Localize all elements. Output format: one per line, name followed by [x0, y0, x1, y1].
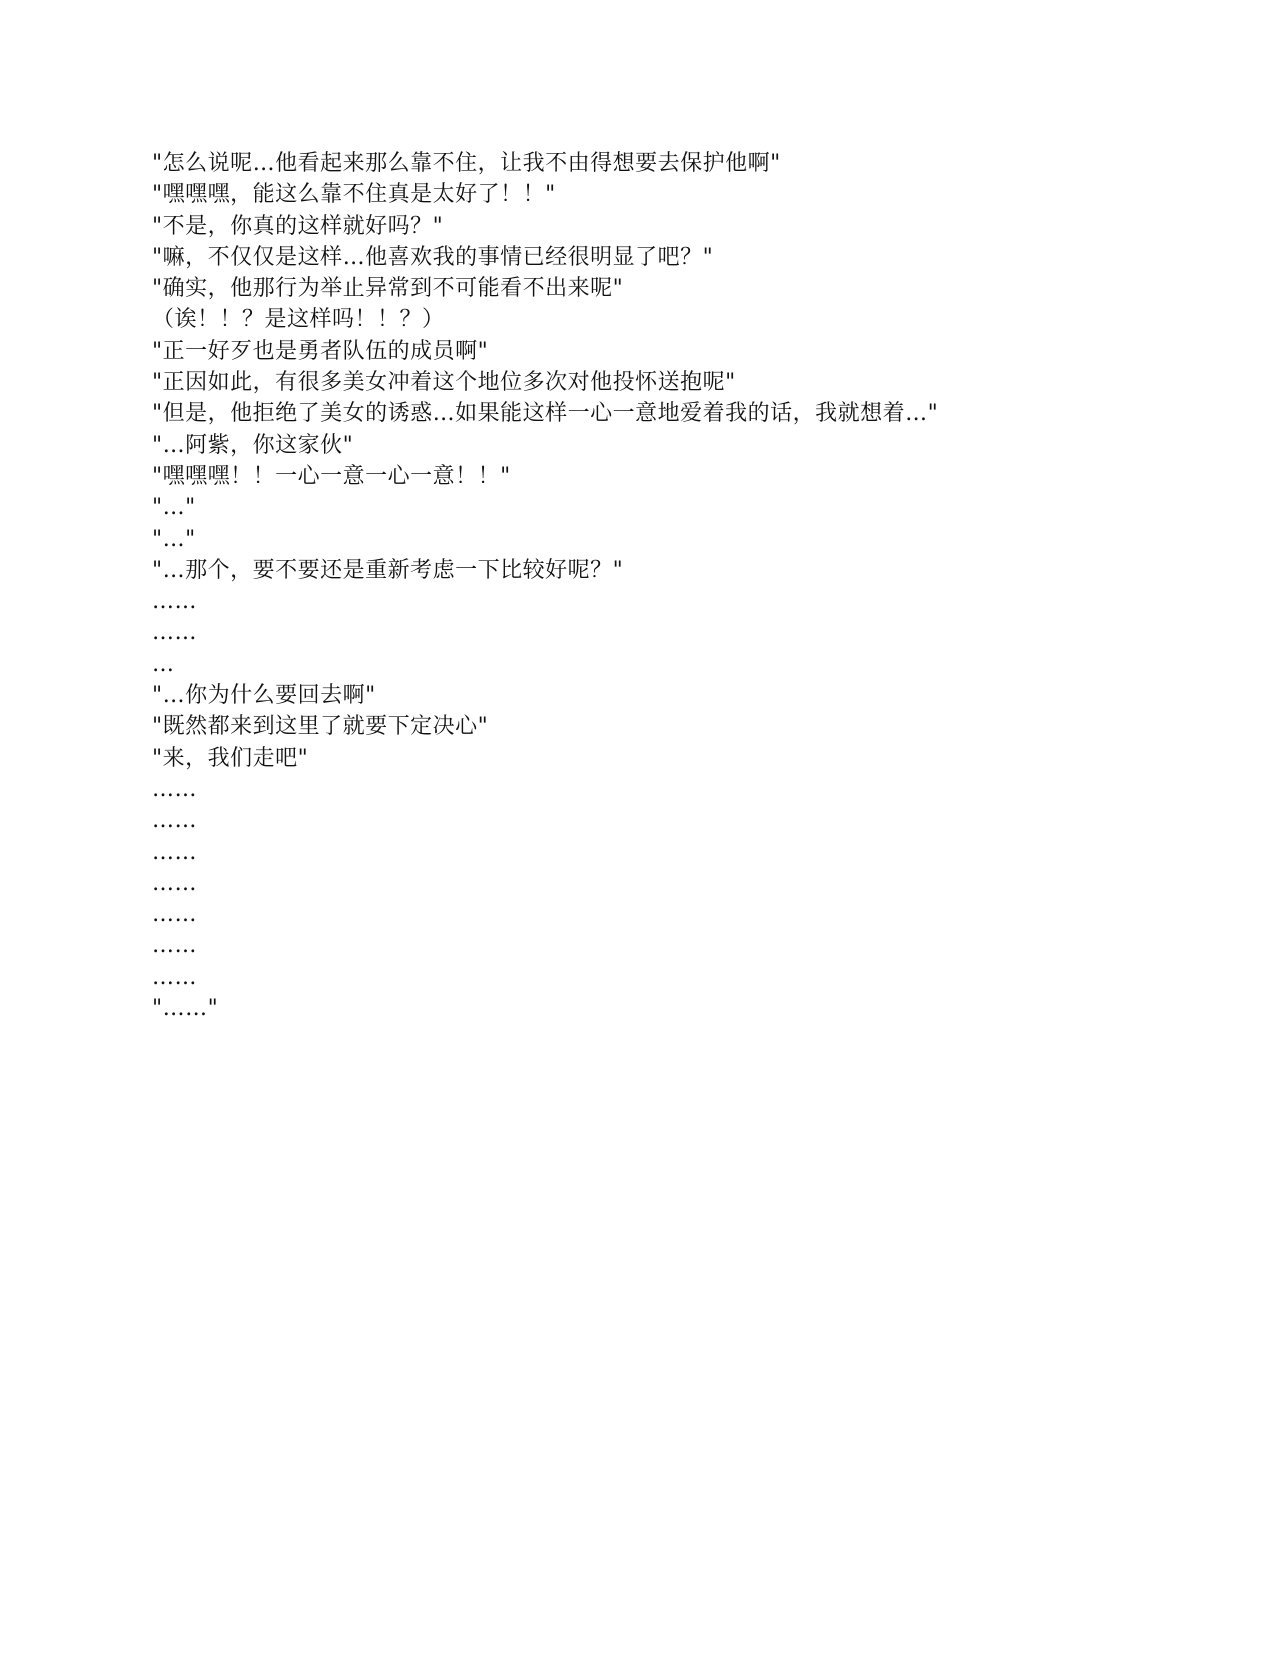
text-line: …… [152, 962, 1152, 993]
text-line: "怎么说呢…他看起来那么靠不住，让我不由得想要去保护他啊" [152, 148, 1152, 179]
text-line: "嘿嘿嘿！！一心一意一心一意！！" [152, 461, 1152, 492]
text-line: "……" [152, 993, 1152, 1024]
text-line: "正因如此，有很多美女冲着这个地位多次对他投怀送抱呢" [152, 367, 1152, 398]
document-page: "怎么说呢…他看起来那么靠不住，让我不由得想要去保护他啊" "嘿嘿嘿，能这么靠不… [152, 148, 1152, 1024]
text-line: … [152, 649, 1152, 680]
text-line: "嘿嘿嘿，能这么靠不住真是太好了！！" [152, 179, 1152, 210]
text-line: …… [152, 774, 1152, 805]
text-line: …… [152, 837, 1152, 868]
text-line: …… [152, 868, 1152, 899]
text-line: "…" [152, 524, 1152, 555]
text-line: "但是，他拒绝了美女的诱惑…如果能这样一心一意地爱着我的话，我就想着…" [152, 398, 1152, 429]
text-line: （诶！！？是这样吗！！？） [152, 304, 1152, 335]
text-line: "确实，他那行为举止异常到不可能看不出来呢" [152, 273, 1152, 304]
text-line: "嘛，不仅仅是这样…他喜欢我的事情已经很明显了吧？" [152, 242, 1152, 273]
text-line: …… [152, 899, 1152, 930]
text-line: "不是，你真的这样就好吗？" [152, 211, 1152, 242]
text-line: …… [152, 617, 1152, 648]
text-line: …… [152, 586, 1152, 617]
text-line: "…" [152, 492, 1152, 523]
text-line: …… [152, 805, 1152, 836]
text-line: …… [152, 930, 1152, 961]
text-line: "正一好歹也是勇者队伍的成员啊" [152, 336, 1152, 367]
text-line: "来，我们走吧" [152, 743, 1152, 774]
text-line: "…那个，要不要还是重新考虑一下比较好呢？" [152, 555, 1152, 586]
text-line: "既然都来到这里了就要下定决心" [152, 711, 1152, 742]
text-line: "…你为什么要回去啊" [152, 680, 1152, 711]
text-line: "…阿紫，你这家伙" [152, 430, 1152, 461]
